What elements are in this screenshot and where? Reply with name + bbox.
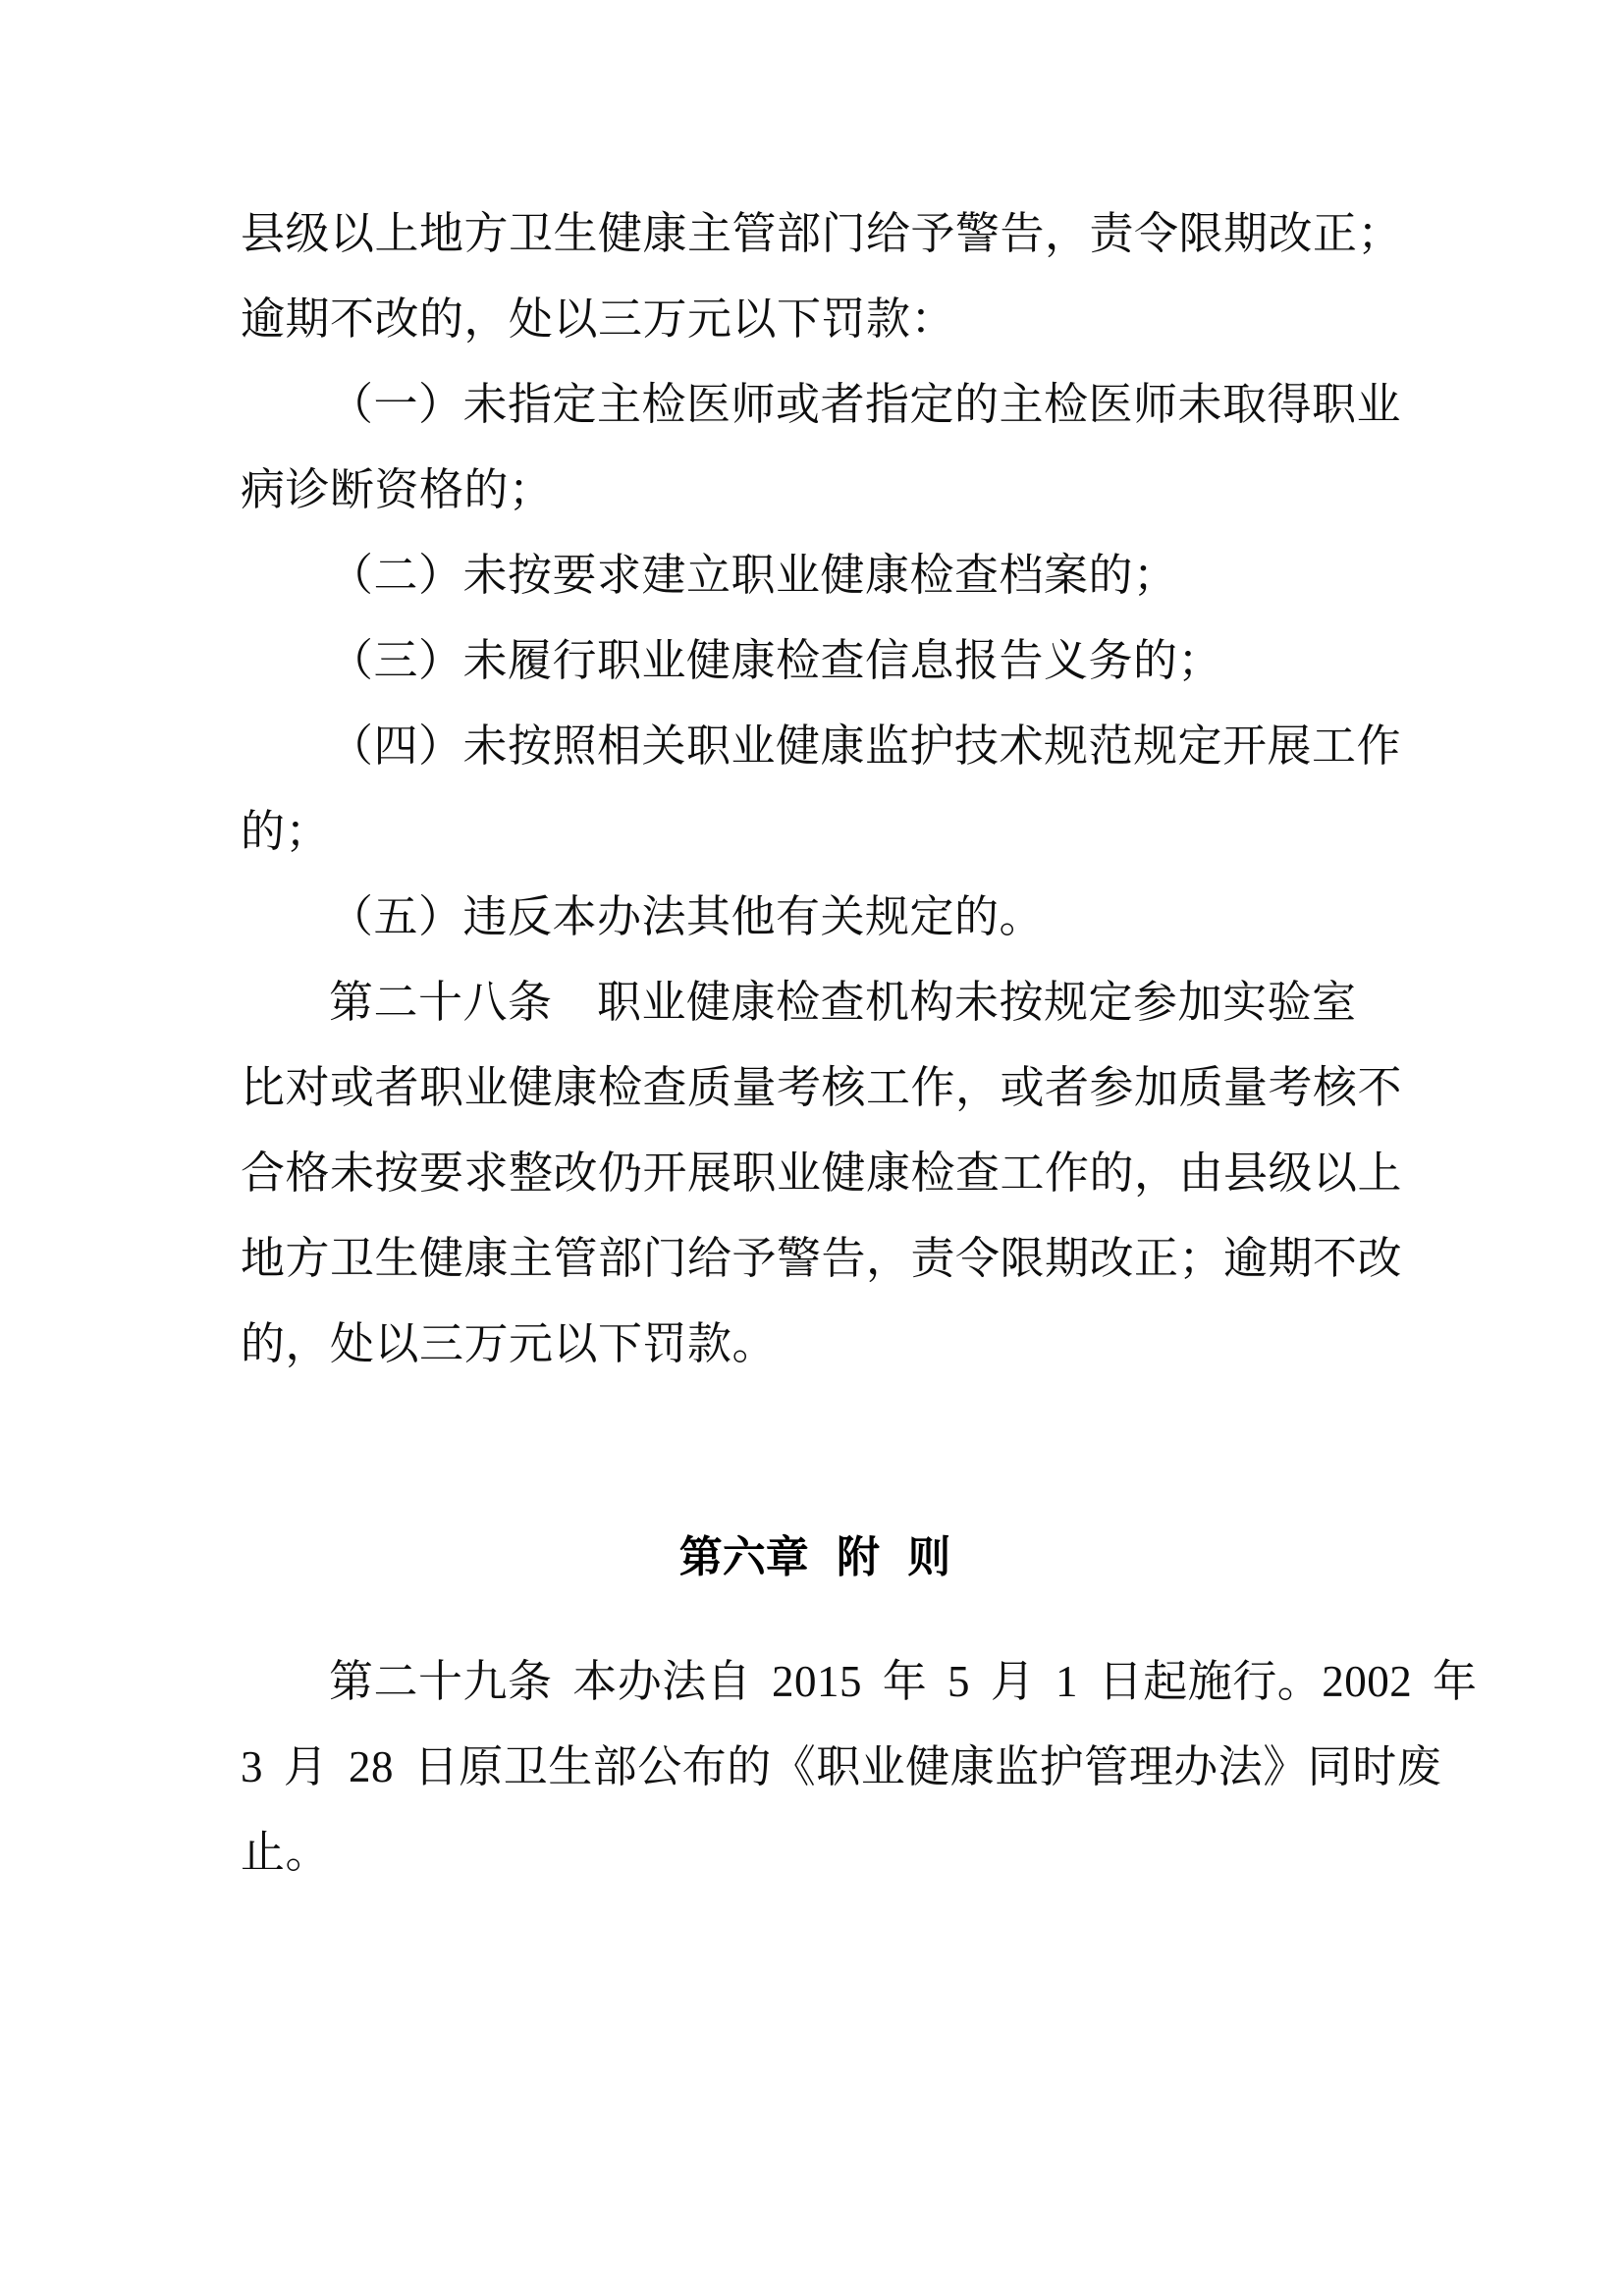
article-line: 第二十九条 本办法自 2015 年 5 月 1 日起施行。2002 年	[241, 1639, 1389, 1725]
list-item-line: （四）未按照相关职业健康监护技术规范规定开展工作	[241, 704, 1389, 789]
chapter-heading: 第六章 附 则	[241, 1515, 1389, 1600]
body-line: 病诊断资格的；	[241, 448, 1389, 533]
list-item-line: （一）未指定主检医师或者指定的主检医师未取得职业	[241, 362, 1389, 448]
body-line: 合格未按要求整改仍开展职业健康检查工作的，由县级以上	[241, 1131, 1389, 1216]
body-line: 3 月 28 日原卫生部公布的《职业健康监护管理办法》同时废	[241, 1725, 1389, 1810]
body-line: 比对或者职业健康检查质量考核工作，或者参加质量考核不	[241, 1045, 1389, 1131]
body-line: 的，处以三万元以下罚款。	[241, 1302, 1389, 1387]
closing-paragraph: 第二十九条 本办法自 2015 年 5 月 1 日起施行。2002 年 3 月 …	[241, 1639, 1389, 1896]
list-item-line: （三）未履行职业健康检查信息报告义务的；	[241, 618, 1389, 704]
body-line: 止。	[241, 1810, 1389, 1896]
body-line: 的；	[241, 789, 1389, 875]
list-item-line: （五）违反本办法其他有关规定的。	[241, 875, 1389, 960]
body-line: 县级以上地方卫生健康主管部门给予警告，责令限期改正；	[241, 191, 1389, 277]
document-body: 县级以上地方卫生健康主管部门给予警告，责令限期改正； 逾期不改的，处以三万元以下…	[241, 191, 1389, 1896]
body-line: 逾期不改的，处以三万元以下罚款：	[241, 277, 1389, 362]
body-line: 地方卫生健康主管部门给予警告，责令限期改正；逾期不改	[241, 1216, 1389, 1302]
document-page: 县级以上地方卫生健康主管部门给予警告，责令限期改正； 逾期不改的，处以三万元以下…	[0, 0, 1624, 2296]
article-line: 第二十八条 职业健康检查机构未按规定参加实验室	[241, 960, 1389, 1045]
list-item-line: （二）未按要求建立职业健康检查档案的；	[241, 533, 1389, 618]
